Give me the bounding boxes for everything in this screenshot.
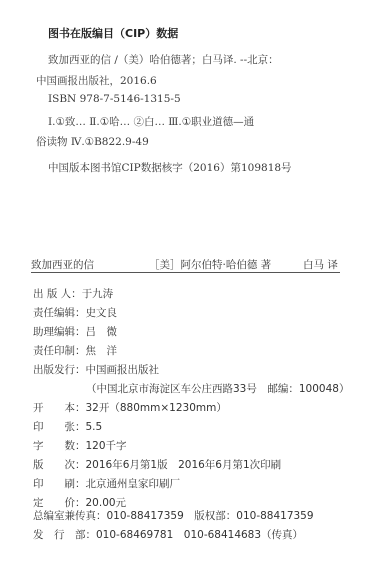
colophon-row-distributor: 出版发行：中国画报出版社: [33, 362, 159, 377]
colophon-row-printer: 印 刷：北京通州皇家印刷厂: [33, 476, 180, 491]
colophon-label: 责任编辑：: [33, 305, 86, 320]
colophon-row-print-supervisor: 责任印制：焦 洋: [33, 343, 117, 358]
colophon-value: 于九涛: [82, 288, 114, 300]
contact-label: 发 行 部：: [33, 529, 96, 541]
cip-classification-line-1: Ⅰ.①致… Ⅱ.①哈… ②白… Ⅲ.①职业道德—通: [48, 114, 254, 129]
book-translator: 白马 译: [303, 257, 338, 272]
colophon-value: 5.5: [86, 421, 103, 433]
contact-row-editorial-office: 总编室兼传真：010-88417359 版权部：010-88417359: [33, 508, 314, 523]
colophon-label: 字 数：: [33, 438, 86, 453]
colophon-label: 出 版 人：: [33, 286, 82, 301]
cip-record-number: 中国版本图书馆CIP数据核字（2016）第109818号: [48, 160, 292, 175]
colophon-row-format: 开 本：32开（880mm×1230mm）: [33, 400, 227, 415]
colophon-row-assistant-editor: 助理编辑：吕 微: [33, 324, 117, 339]
colophon-label: 出版发行：: [33, 362, 86, 377]
colophon-value: 史文良: [86, 307, 118, 319]
colophon-value: 焦 洋: [86, 345, 118, 357]
colophon-value: 32开（880mm×1230mm）: [86, 402, 227, 414]
contact-value: 010-68469781 010-68414683（传真）: [96, 529, 303, 541]
colophon-value: 吕 微: [86, 326, 118, 338]
cip-classification-line-2: 俗读物 Ⅳ.①B822.9-49: [36, 134, 149, 149]
colophon-label: 版 次：: [33, 457, 86, 472]
book-author: ［美］阿尔伯特·哈伯德 著: [149, 257, 271, 272]
colophon-label: 开 本：: [33, 400, 86, 415]
cip-title: 图书在版编目（CIP）数据: [48, 25, 178, 41]
colophon-row-word-count: 字 数：120千字: [33, 438, 127, 453]
colophon-value: 120千字: [86, 440, 127, 452]
contact-label: 总编室兼传真：: [33, 510, 107, 522]
contact-value: 010-88417359 版权部：010-88417359: [107, 510, 314, 522]
colophon-label: 印 刷：: [33, 476, 86, 491]
colophon-label: 责任印制：: [33, 343, 86, 358]
colophon-value: 中国画报出版社: [86, 364, 160, 376]
colophon-value: 北京通州皇家印刷厂: [86, 478, 181, 490]
book-title: 致加西亚的信: [31, 257, 94, 272]
colophon-label: 印 张：: [33, 419, 86, 434]
colophon-label: 助理编辑：: [33, 324, 86, 339]
book-header: 致加西亚的信 ［美］阿尔伯特·哈伯德 著 白马 译: [31, 256, 340, 273]
colophon-row-edition: 版 次：2016年6月第1版 2016年6月第1次印刷: [33, 457, 281, 472]
colophon-row-editor: 责任编辑：史文良: [33, 305, 117, 320]
colophon-row-sheets: 印 张：5.5: [33, 419, 102, 434]
cip-isbn: ISBN 978-7-5146-1315-5: [48, 93, 181, 105]
colophon-row-address: （中国北京市海淀区车公庄西路33号 邮编：100048）: [86, 381, 349, 396]
cip-bibliographic-line-1: 致加西亚的信 /（美）哈伯德著；白马译. --北京：: [48, 52, 279, 67]
contact-row-distribution-dept: 发 行 部：010-68469781 010-68414683（传真）: [33, 527, 303, 542]
cip-bibliographic-line-2: 中国画报出版社，2016.6: [36, 73, 157, 88]
colophon-value: （中国北京市海淀区车公庄西路33号 邮编：100048）: [86, 383, 349, 395]
colophon-row-publisher: 出 版 人：于九涛: [33, 286, 113, 301]
colophon-value: 2016年6月第1版 2016年6月第1次印刷: [86, 459, 282, 471]
